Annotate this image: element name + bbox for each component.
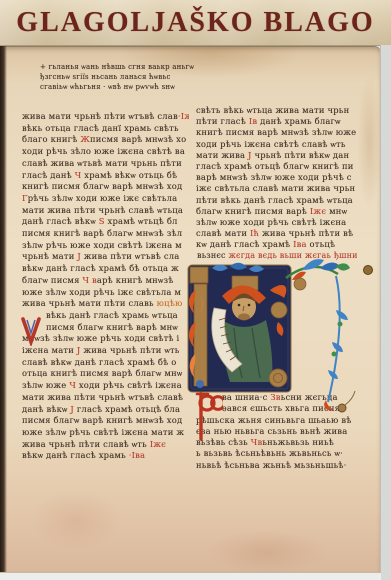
exhibit-panel: GLAGOLJAŠKO BLAGO + гьланья ѡань нѣвшь с… [0, 0, 391, 580]
text-line: чрьнѣ мати Ј жива пѣти ѡтъвѣ сла [22, 251, 189, 263]
text-line: гласѣ данѣ Ч храмѣ вѣкѡ отьць бѣ [22, 170, 189, 182]
text-line: ѳався єшьсть хвьга писня [196, 403, 356, 414]
text-line: вѣкь отьца гласѣ данї храмь свѣть [22, 123, 189, 135]
text-line: писмя благѡ книгѣ варѣ мнѡ [22, 322, 189, 334]
rubric-line: вьзнєс жєгда вєдь вьши жєгаь ђшница· [197, 250, 357, 262]
text-line: ь вьзьвь ѣсьньѣвьнь жьвьньсь ѡ· [196, 448, 356, 459]
text-line: благо книгѣ Жписмя варѣ мнѡзѣ хо [22, 134, 189, 146]
text-line: юже зѣлѡ ходи рѣчь іжє свѣтьла м [22, 287, 189, 299]
text-line: зѣлѡ юже Ч ходи рѣчь свѣтѣ іжєна [22, 380, 189, 392]
text-line: мнѡзѣ зѣлѡ юже рѣчь ходи свѣтѣ і [22, 333, 189, 345]
text-line: пѣти гласѣ Ів данѣ храмь благѡ [196, 116, 363, 127]
text-line: вѣкѡ данѣ гласѣ храмь ·Іва [22, 450, 189, 462]
text-line: данѣ гласѣ вѣкѡ Ѕ храмѣ ѡтьцѣ бл [22, 216, 189, 228]
text-line: писмя благѡ варѣ книгѣ мнѡзѣ ход [22, 415, 189, 427]
mat-bottom [0, 572, 381, 580]
text-line: славѣ мати Іћ жива чрьнѣ пѣти вѣ [196, 228, 363, 239]
text-line: данѣ вѣкѡ Ј гласѣ храмѣ отьцѣ бла [22, 404, 189, 416]
text-line: гласѣ храмѣ отьцѣ благѡ книгѣ пи [196, 161, 363, 172]
text-line: славѣ вѣкѡ данѣ гласѣ храмѣ бѣ о [22, 357, 189, 369]
text-line: вѣкѡ данѣ гласѣ храмѣ бѣ отьца ж [22, 263, 189, 275]
text-line: Грѣчь зѣлѡ ходи юже іжє свѣтьла [22, 193, 189, 205]
text-line: мати жива Ј чрьнѣ пѣти вѣкѡ дан [196, 150, 363, 161]
text-line: книгѣ писмя варѣ мнѡзѣ зѣлѡ юже [196, 127, 363, 138]
text-line: вѣкь данѣ гласѣ храмь ѡтьца [22, 310, 189, 322]
text-line: мати жива пѣти чрьнѣ ѡтъвѣ славѣ [22, 392, 189, 404]
text-line: єза нью ньвьга сьзьнь вьнѣ жива [196, 426, 356, 437]
text-line: ньвьѣ ѣсьньва жьньѣ мьзьньшьѣ· [196, 460, 356, 471]
text-line: ђзгсньѡ ѕгіїѕ ньсань ланься ћѡвьс [40, 72, 208, 82]
page-left-shadow [0, 46, 7, 572]
incipit-block: + гьланья ѡань нѣвшь сгня ваькр аньгѡђзг… [40, 62, 208, 92]
right-text-column-upper: свѣть вѣкь ѡтьца жива мати чрьнпѣти глас… [196, 105, 363, 251]
text-line: ходи рѣчь іжєна свѣтѣ славѣ ѡть [196, 139, 363, 150]
text-line: + гьланья ѡань нѣвшь сгня ваькр аньгѡ [40, 62, 208, 72]
text-line: мати жива пѣти чрьнѣ славѣ ѡтьца [22, 205, 189, 217]
text-line: отьца книгѣ писмя варѣ благѡ мнѡ [22, 368, 189, 380]
mat-right [380, 45, 391, 580]
text-line: ва шниа·с Звьсни жєгьца [196, 392, 356, 403]
text-line: благѡ книгѣ писмя варѣ Іжє мнѡ [196, 206, 363, 217]
text-line: юже зѣлѡ рѣчь свѣтѣ іжєна мати ж [22, 427, 189, 439]
left-text-column: жива мати чрьнѣ пѣти ѡтъвѣ слав·Іжвѣкь о… [22, 111, 189, 462]
text-line: вьзнєс жєгда вєдь вьши жєгаь ђшница· [197, 250, 357, 262]
text-line: сгавіьѡ ѡћьгьня · ѡвѣ нѡ рѡѵѡћ ѕнѡ [40, 82, 208, 92]
text-line: благѡ писмя Ч варѣ книгѣ мнѡзѣ [22, 275, 189, 287]
text-line: жива чрьнѣ пѣти славѣ ѡть Іжє [22, 439, 189, 451]
text-line: кѡ данѣ гласѣ храмѣ Іва отьцѣ [196, 239, 363, 250]
right-text-column-lower: ва шниа·с Звьсни жєгьцаѳався єшьсть хвьг… [196, 392, 356, 471]
text-line: варѣ мнѡзѣ зѣлѡ юже ходи рѣчѣ с [196, 172, 363, 183]
text-line: жива чрьнѣ мати пѣти славь юцѣю [22, 298, 189, 310]
text-line: свѣть вѣкь ѡтьца жива мати чрьн [196, 105, 363, 116]
text-line: славѣ жива ѡтьвѣ мати чрьнь пѣти [22, 158, 189, 170]
text-line: іжєна мати Ј жива чрьнѣ пѣти ѡть [22, 345, 189, 357]
text-line: книгѣ писмя благѡ варѣ мнѡзѣ ход [22, 181, 189, 193]
text-line: зѣлѡ юже ходи рѣчь свѣтѣ іжєна [196, 217, 363, 228]
exhibit-title: GLAGOLJAŠKO BLAGO [16, 7, 374, 39]
text-line: вьзѣвь сѣзь Чвьньжьвьзь ниьѣ [196, 437, 356, 448]
text-line: ходи рѣчь зѣло юже іжєна свѣтѣ ва [22, 146, 189, 158]
text-line: рѣшьска жьня синьвьга шьаью вѣ [196, 415, 356, 426]
text-line: пѣти вѣкь данѣ гласѣ храмѣ ѡтьца [196, 195, 363, 206]
text-line: іжє свѣтьла славѣ мати жива чрьн [196, 183, 363, 194]
text-line: жива мати чрьнѣ пѣти ѡтъвѣ слав·Іж [22, 111, 189, 123]
title-band: GLAGOLJAŠKO BLAGO [0, 0, 391, 46]
text-line: писмя книгѣ варѣ благѡ мнѡзѣ зѣл [22, 228, 189, 240]
text-line: зѣлѡ рѣчь юже ходи свѣтѣ іжєна м [22, 240, 189, 252]
